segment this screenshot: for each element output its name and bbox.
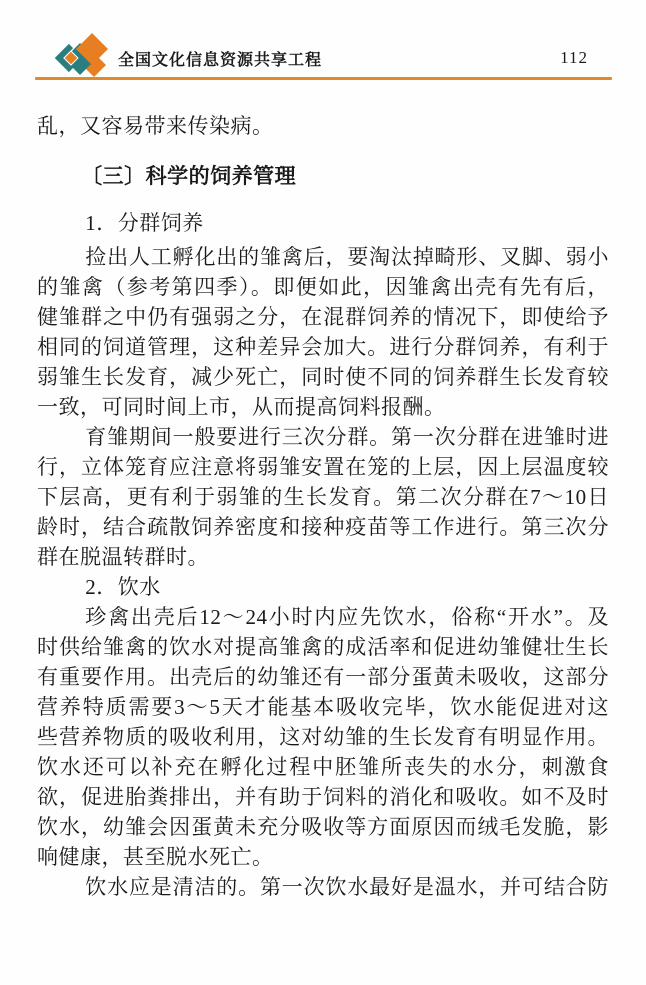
text-line: 珍禽出壳后12～24小时内应先饮水，俗称“开水”。及: [37, 602, 609, 632]
text-line: 健雏群之中仍有强弱之分，在混群饲养的情况下，即使给予: [37, 302, 609, 332]
sub-heading: 2．饮水: [37, 572, 609, 602]
sub-heading: 1．分群饲养: [37, 208, 609, 238]
text-line: 相同的饲道管理，这种差异会加大。进行分群饲养，有利于: [37, 332, 609, 362]
text-line: 响健康，甚至脱水死亡。: [37, 842, 609, 872]
text-line: 下层高，更有利于弱雏的生长发育。第二次分群在7～10日: [37, 482, 609, 512]
page-header: 全国文化信息资源共享工程 112: [0, 0, 646, 79]
text-line: 营养特质需要3～5天才能基本吸收完毕，饮水能促进对这: [37, 692, 609, 722]
text-line: 一致，可同时间上市，从而提高饲料报酬。: [37, 392, 609, 422]
section-heading: 〔三〕科学的饲养管理: [37, 162, 609, 192]
text-line: 乱，又容易带来传染病。: [37, 111, 609, 141]
logo-diamonds-icon: [54, 31, 116, 79]
text-line: 些营养物质的吸收利用，这对幼雏的生长发育有明显作用。: [37, 722, 609, 752]
page-body: 乱，又容易带来传染病。 〔三〕科学的饲养管理 1．分群饲养 捡出人工孵化出的雏禽…: [0, 79, 646, 902]
text-line: 饮水，幼雏会因蛋黄未充分吸收等方面原因而绒毛发脆，影: [37, 812, 609, 842]
text-line: 弱雏生长发育，减少死亡，同时使不同的饲养群生长发育较: [37, 362, 609, 392]
text-line: 时供给雏禽的饮水对提高雏禽的成活率和促进幼雏健壮生长: [37, 632, 609, 662]
text-line: 龄时，结合疏散饲养密度和接种疫苗等工作进行。第三次分: [37, 512, 609, 542]
text-line: 欲，促进胎粪排出，并有助于饲料的消化和吸收。如不及时: [37, 782, 609, 812]
header-title: 全国文化信息资源共享工程: [118, 47, 322, 70]
project-logo: [54, 31, 116, 79]
header-rule: [35, 77, 612, 80]
text-line: 育雏期间一般要进行三次分群。第一次分群在进雏时进: [37, 422, 609, 452]
text-line: 群在脱温转群时。: [37, 542, 609, 572]
page-number: 112: [560, 48, 588, 68]
document-page: 全国文化信息资源共享工程 112 乱，又容易带来传染病。 〔三〕科学的饲养管理 …: [0, 0, 646, 985]
text-line: 饮水应是清洁的。第一次饮水最好是温水，并可结合防: [37, 872, 609, 902]
text-line: 捡出人工孵化出的雏禽后，要淘汰掉畸形、叉脚、弱小: [37, 242, 609, 272]
text-line: 行，立体笼育应注意将弱雏安置在笼的上层，因上层温度较: [37, 452, 609, 482]
text-line: 有重要作用。出壳后的幼雏还有一部分蛋黄未吸收，这部分: [37, 662, 609, 692]
text-line: 的雏禽（参考第四季）。即便如此，因雏禽出壳有先有后，: [37, 272, 609, 302]
text-line: 饮水还可以补充在孵化过程中胚雏所丧失的水分，刺激食: [37, 752, 609, 782]
